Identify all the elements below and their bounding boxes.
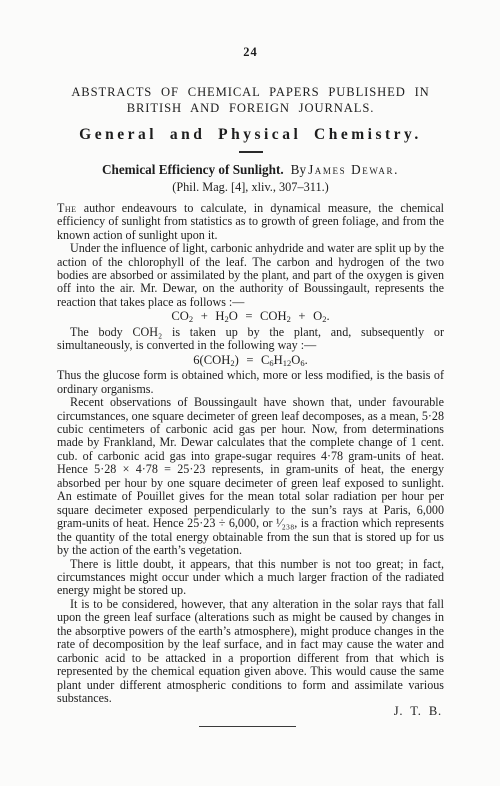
author-name: James Dewar. — [308, 162, 399, 177]
article-heading: Chemical Efficiency of Sunlight.ByJames … — [57, 162, 444, 178]
equation-1: CO2 + H2O = COH2 + O2. — [57, 310, 444, 323]
section-title: General and Physical Chemistry. — [57, 126, 444, 144]
paragraph-1: The author endeavours to calculate, in d… — [57, 202, 444, 242]
equation-2: 6(COH2) = C6H12O6. — [57, 354, 444, 367]
paragraph-3: The body COH₂ is taken up by the plant, … — [57, 326, 444, 353]
paragraph-4: Thus the glucose form is obtained which,… — [57, 369, 444, 396]
section-divider — [239, 151, 263, 153]
author-initials: J. T. B. — [57, 705, 444, 718]
paragraph-7: It is to be considered, however, that an… — [57, 598, 444, 706]
article-title: Chemical Efficiency of Sunlight. — [102, 162, 284, 177]
lead-word: The — [57, 201, 77, 215]
journal-header-line1: ABSTRACTS OF CHEMICAL PAPERS PUBLISHED I… — [57, 85, 444, 101]
journal-header: ABSTRACTS OF CHEMICAL PAPERS PUBLISHED I… — [57, 85, 444, 117]
end-divider — [199, 726, 296, 728]
paragraph-1-text: author endeavours to calculate, in dynam… — [57, 201, 444, 242]
byline-prefix: By — [291, 162, 306, 177]
page-number: 24 — [57, 45, 444, 60]
journal-header-line2: BRITISH AND FOREIGN JOURNALS. — [57, 101, 444, 117]
paragraph-5: Recent observations of Boussingault have… — [57, 396, 444, 557]
paragraph-6: There is little doubt, it appears, that … — [57, 558, 444, 598]
article-reference: (Phil. Mag. [4], xliv., 307–311.) — [57, 180, 444, 195]
paragraph-2: Under the influence of light, carbonic a… — [57, 242, 444, 309]
journal-page: 24 ABSTRACTS OF CHEMICAL PAPERS PUBLISHE… — [0, 0, 500, 786]
